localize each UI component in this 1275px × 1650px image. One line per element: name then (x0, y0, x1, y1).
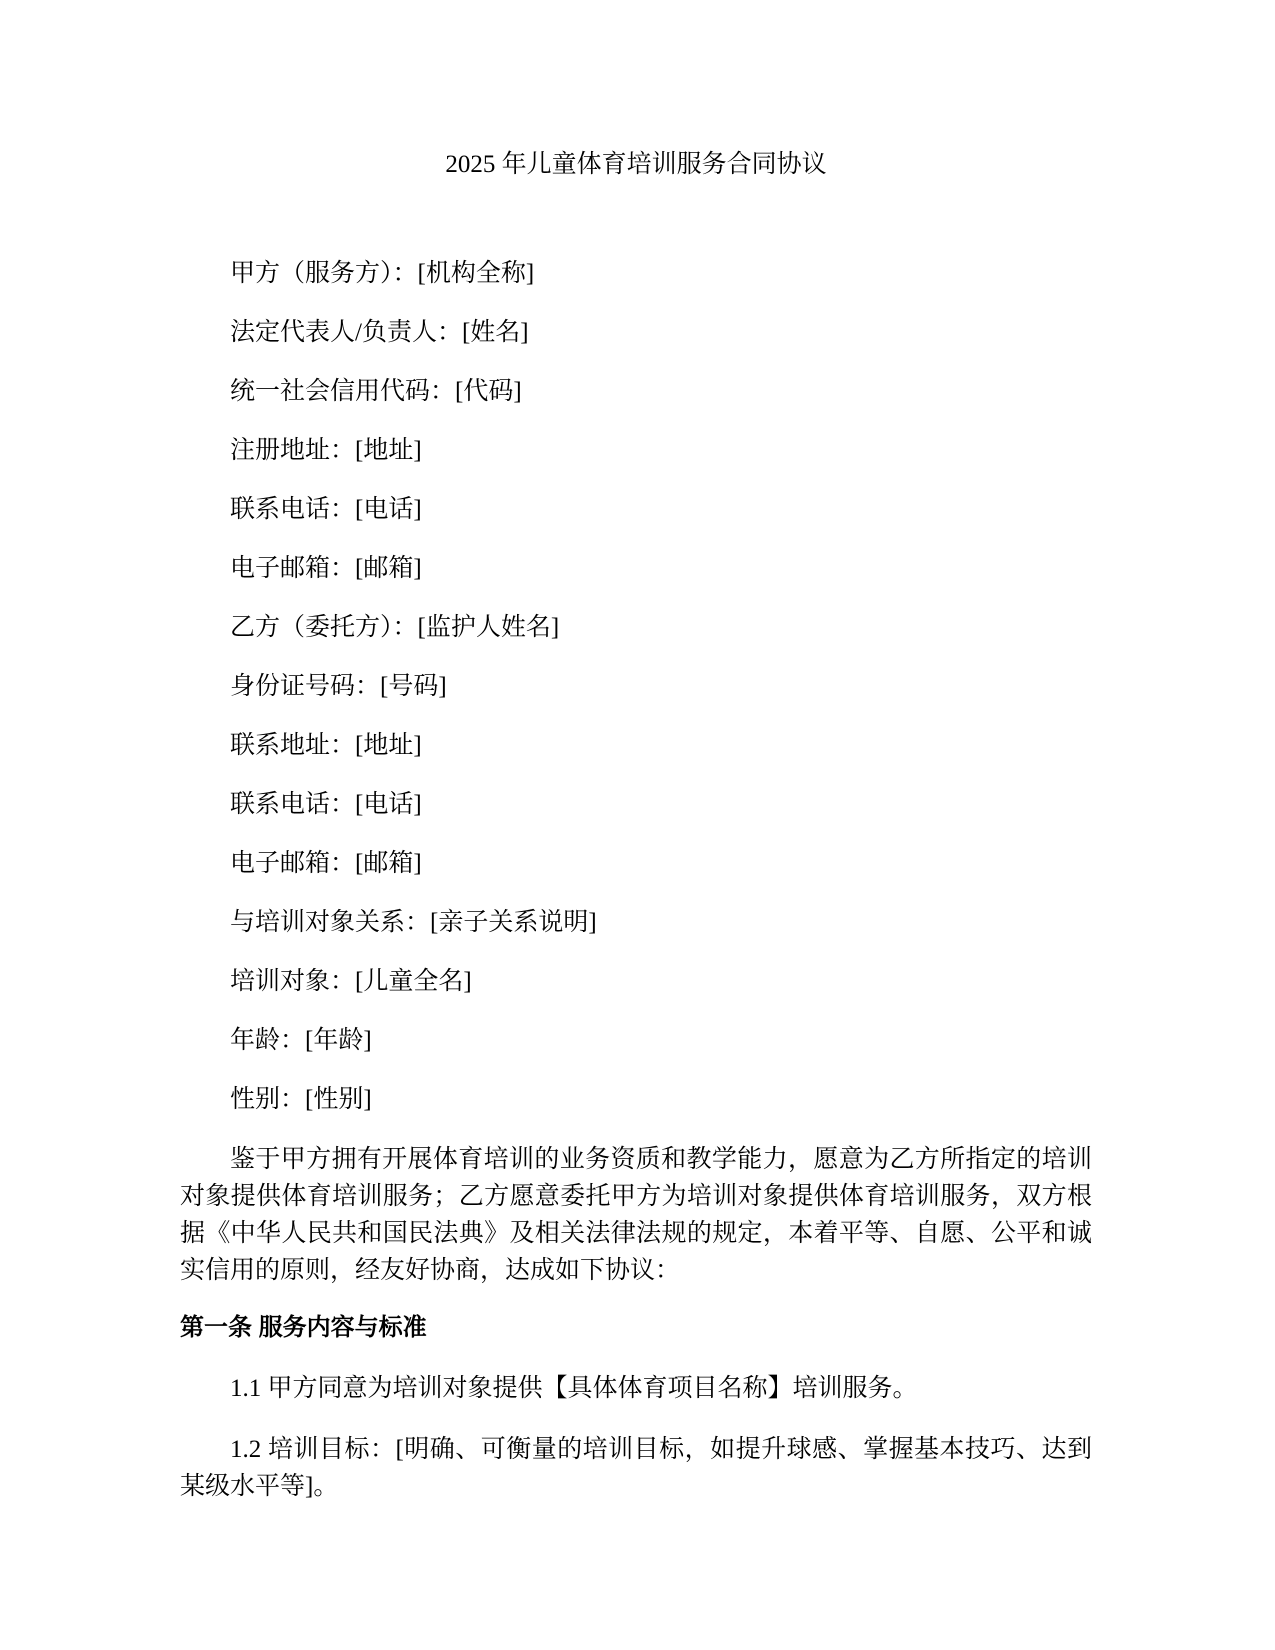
field-id-number: 身份证号码：[号码] (180, 668, 1092, 705)
clause-1-2: 1.2 培训目标：[明确、可衡量的培训目标，如提升球感、掌握基本技巧、达到某级水… (180, 1431, 1092, 1505)
field-trainee-name: 培训对象：[儿童全名] (180, 963, 1092, 1000)
field-registered-address: 注册地址：[地址] (180, 432, 1092, 469)
field-party-b-email: 电子邮箱：[邮箱] (180, 845, 1092, 882)
field-credit-code: 统一社会信用代码：[代码] (180, 373, 1092, 410)
clause-1-1: 1.1 甲方同意为培训对象提供【具体体育项目名称】培训服务。 (180, 1370, 1092, 1407)
document-title: 2025 年儿童体育培训服务合同协议 (180, 146, 1092, 183)
preamble-paragraph: 鉴于甲方拥有开展体育培训的业务资质和教学能力，愿意为乙方所指定的培训对象提供体育… (180, 1141, 1092, 1289)
field-contact-address: 联系地址：[地址] (180, 727, 1092, 764)
field-party-a-phone: 联系电话：[电话] (180, 491, 1092, 528)
field-relationship: 与培训对象关系：[亲子关系说明] (180, 904, 1092, 941)
field-trainee-age: 年龄：[年龄] (180, 1022, 1092, 1059)
field-party-a-email: 电子邮箱：[邮箱] (180, 550, 1092, 587)
field-party-a-name: 甲方（服务方）：[机构全称] (180, 255, 1092, 292)
field-party-b-name: 乙方（委托方）：[监护人姓名] (180, 609, 1092, 646)
contract-document-page: 2025 年儿童体育培训服务合同协议 甲方（服务方）：[机构全称] 法定代表人/… (0, 0, 1275, 1650)
section-1-heading: 第一条 服务内容与标准 (180, 1309, 1092, 1346)
field-trainee-gender: 性别：[性别] (180, 1081, 1092, 1118)
field-party-b-phone: 联系电话：[电话] (180, 786, 1092, 823)
field-legal-representative: 法定代表人/负责人：[姓名] (180, 314, 1092, 351)
